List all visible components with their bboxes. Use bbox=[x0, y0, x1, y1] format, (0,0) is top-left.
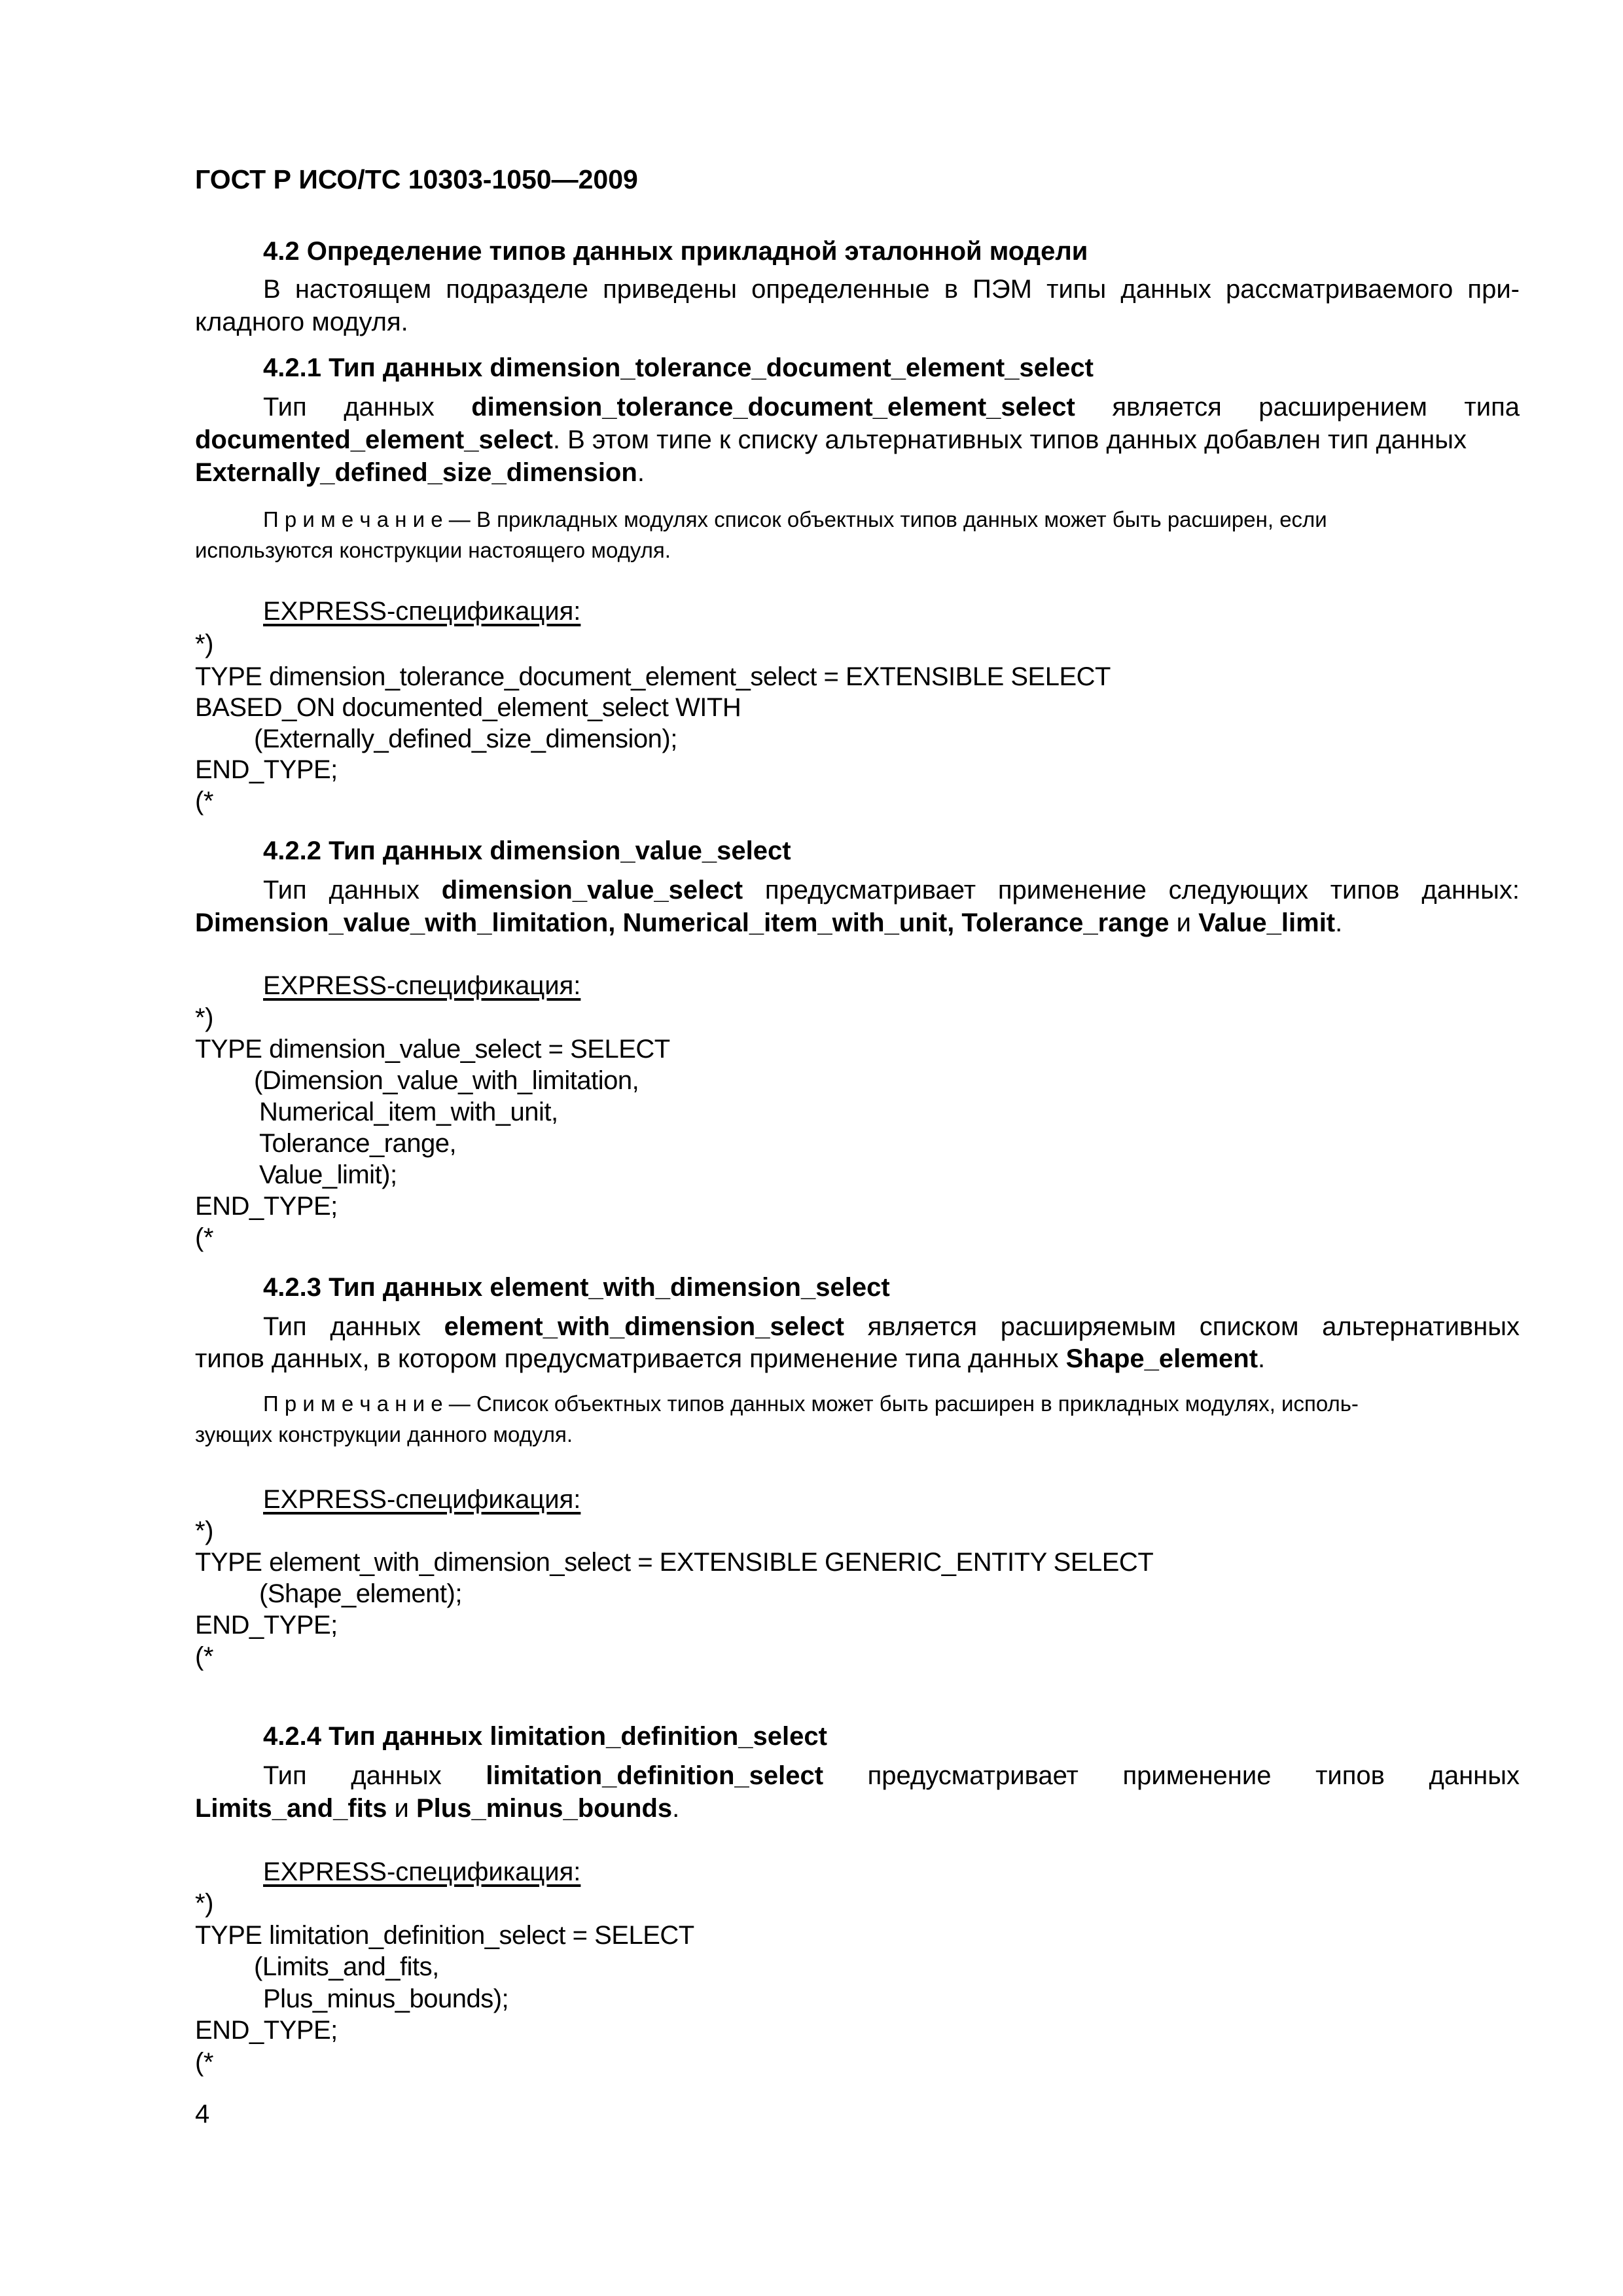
paragraph-line: Limits_and_fits и Plus_minus_bounds. bbox=[195, 1793, 679, 1824]
paragraph-line: В настоящем подразделе приведены определ… bbox=[263, 274, 1520, 305]
paragraph-line: кладного модуля. bbox=[195, 306, 408, 338]
note-line: П р и м е ч а н и е — В прикладных модул… bbox=[263, 505, 1327, 534]
code-line: TYPE dimension_tolerance_document_elemen… bbox=[195, 661, 1111, 692]
code-line: (Limits_and_fits, bbox=[254, 1951, 439, 1982]
note-line: зующих конструкции данного модуля. bbox=[195, 1420, 573, 1449]
type-name: dimension_tolerance_document_element_sel… bbox=[471, 393, 1075, 422]
code-line: *) bbox=[195, 1515, 213, 1547]
text: . bbox=[1258, 1344, 1265, 1373]
code-line: END_TYPE; bbox=[195, 754, 338, 785]
code-line: (Externally_defined_size_dimension); bbox=[254, 723, 677, 755]
express-spec-label: EXPRESS-спецификация: bbox=[263, 970, 580, 1001]
paragraph-line: типов данных, в котором предусматриваетс… bbox=[195, 1343, 1265, 1374]
code-line: Value_limit); bbox=[259, 1159, 397, 1191]
paragraph-line: documented_element_select. В этом типе к… bbox=[195, 424, 1467, 456]
code-line: (* bbox=[195, 1222, 213, 1253]
express-spec-label: EXPRESS-спецификация: bbox=[263, 1484, 580, 1515]
code-line: *) bbox=[195, 628, 213, 660]
text: является расширением типа bbox=[1112, 393, 1520, 422]
code-line: Numerical_item_with_unit, bbox=[259, 1096, 558, 1128]
code-line: TYPE limitation_definition_select = SELE… bbox=[195, 1920, 694, 1951]
code-line: *) bbox=[195, 1888, 213, 1919]
text: Тип данных bbox=[263, 1761, 486, 1790]
page-number: 4 bbox=[195, 2098, 209, 2130]
text: предусматривает применение типов данных bbox=[868, 1761, 1520, 1790]
type-name: Dimension_value_with_limitation, Numeric… bbox=[195, 908, 1169, 937]
text: и bbox=[387, 1794, 416, 1823]
code-line: (Shape_element); bbox=[259, 1578, 462, 1609]
code-line: (* bbox=[195, 1641, 213, 1672]
note-line: П р и м е ч а н и е — Список объектных т… bbox=[263, 1390, 1359, 1418]
type-name: Plus_minus_bounds bbox=[416, 1794, 672, 1823]
text: — Список объектных типов данных может бы… bbox=[443, 1391, 1359, 1416]
text: . bbox=[1335, 908, 1342, 937]
text: . В этом типе к списку альтернативных ти… bbox=[553, 425, 1467, 454]
note-label: П р и м е ч а н и е bbox=[263, 1391, 443, 1416]
code-line: (Dimension_value_with_limitation, bbox=[254, 1065, 639, 1096]
paragraph-line: Тип данных dimension_value_select предус… bbox=[263, 874, 1520, 906]
document-id-header: ГОСТ Р ИСО/ТС 10303-1050—2009 bbox=[195, 164, 638, 195]
paragraph-line: Dimension_value_with_limitation, Numeric… bbox=[195, 907, 1342, 939]
text: типов данных, в котором предусматриваетс… bbox=[195, 1344, 1066, 1373]
paragraph-line: Тип данных dimension_tolerance_document_… bbox=[263, 391, 1520, 423]
text: предусматривает применение следующих тип… bbox=[765, 876, 1520, 905]
code-line: (* bbox=[195, 785, 213, 817]
code-line: END_TYPE; bbox=[195, 2015, 338, 2046]
type-name: dimension_value_select bbox=[442, 876, 743, 905]
code-line: BASED_ON documented_element_select WITH bbox=[195, 692, 741, 723]
code-line: *) bbox=[195, 1002, 213, 1033]
text: и bbox=[1169, 908, 1199, 937]
code-line: END_TYPE; bbox=[195, 1191, 338, 1222]
section-heading-4-2-4: 4.2.4 Тип данных limitation_definition_s… bbox=[263, 1721, 827, 1752]
express-spec-label: EXPRESS-спецификация: bbox=[263, 596, 580, 627]
text: . bbox=[672, 1794, 679, 1823]
text: является расширяемым списком альтернатив… bbox=[868, 1312, 1520, 1341]
text: Тип данных bbox=[263, 1312, 444, 1341]
type-name: Shape_element bbox=[1066, 1344, 1258, 1373]
section-heading-4-2-3: 4.2.3 Тип данных element_with_dimension_… bbox=[263, 1272, 890, 1303]
type-name: Limits_and_fits bbox=[195, 1794, 387, 1823]
text: — В прикладных модулях список объектных … bbox=[443, 507, 1327, 531]
code-line: (* bbox=[195, 2047, 213, 2078]
text: Тип данных bbox=[263, 876, 442, 905]
express-spec-label: EXPRESS-спецификация: bbox=[263, 1856, 580, 1888]
type-name: Externally_defined_size_dimension bbox=[195, 458, 637, 487]
type-name: Value_limit bbox=[1198, 908, 1335, 937]
paragraph-line: Externally_defined_size_dimension. bbox=[195, 457, 645, 488]
code-line: TYPE dimension_value_select = SELECT bbox=[195, 1033, 670, 1065]
paragraph-line: Тип данных element_with_dimension_select… bbox=[263, 1311, 1520, 1342]
section-heading-4-2-1: 4.2.1 Тип данных dimension_tolerance_doc… bbox=[263, 352, 1094, 384]
note-label: П р и м е ч а н и е bbox=[263, 507, 443, 531]
section-heading-4-2: 4.2 Определение типов данных прикладной … bbox=[263, 236, 1088, 267]
type-name: limitation_definition_select bbox=[486, 1761, 823, 1790]
type-name: documented_element_select bbox=[195, 425, 553, 454]
code-line: END_TYPE; bbox=[195, 1609, 338, 1641]
text: Тип данных bbox=[263, 393, 471, 422]
paragraph-line: Тип данных limitation_definition_select … bbox=[263, 1760, 1520, 1791]
code-line: TYPE element_with_dimension_select = EXT… bbox=[195, 1547, 1153, 1578]
type-name: element_with_dimension_select bbox=[444, 1312, 844, 1341]
note-line: используются конструкции настоящего моду… bbox=[195, 536, 671, 565]
text: . bbox=[637, 458, 645, 487]
section-heading-4-2-2: 4.2.2 Тип данных dimension_value_select bbox=[263, 835, 791, 867]
code-line: Plus_minus_bounds); bbox=[263, 1983, 508, 2015]
code-line: Tolerance_range, bbox=[259, 1128, 456, 1159]
